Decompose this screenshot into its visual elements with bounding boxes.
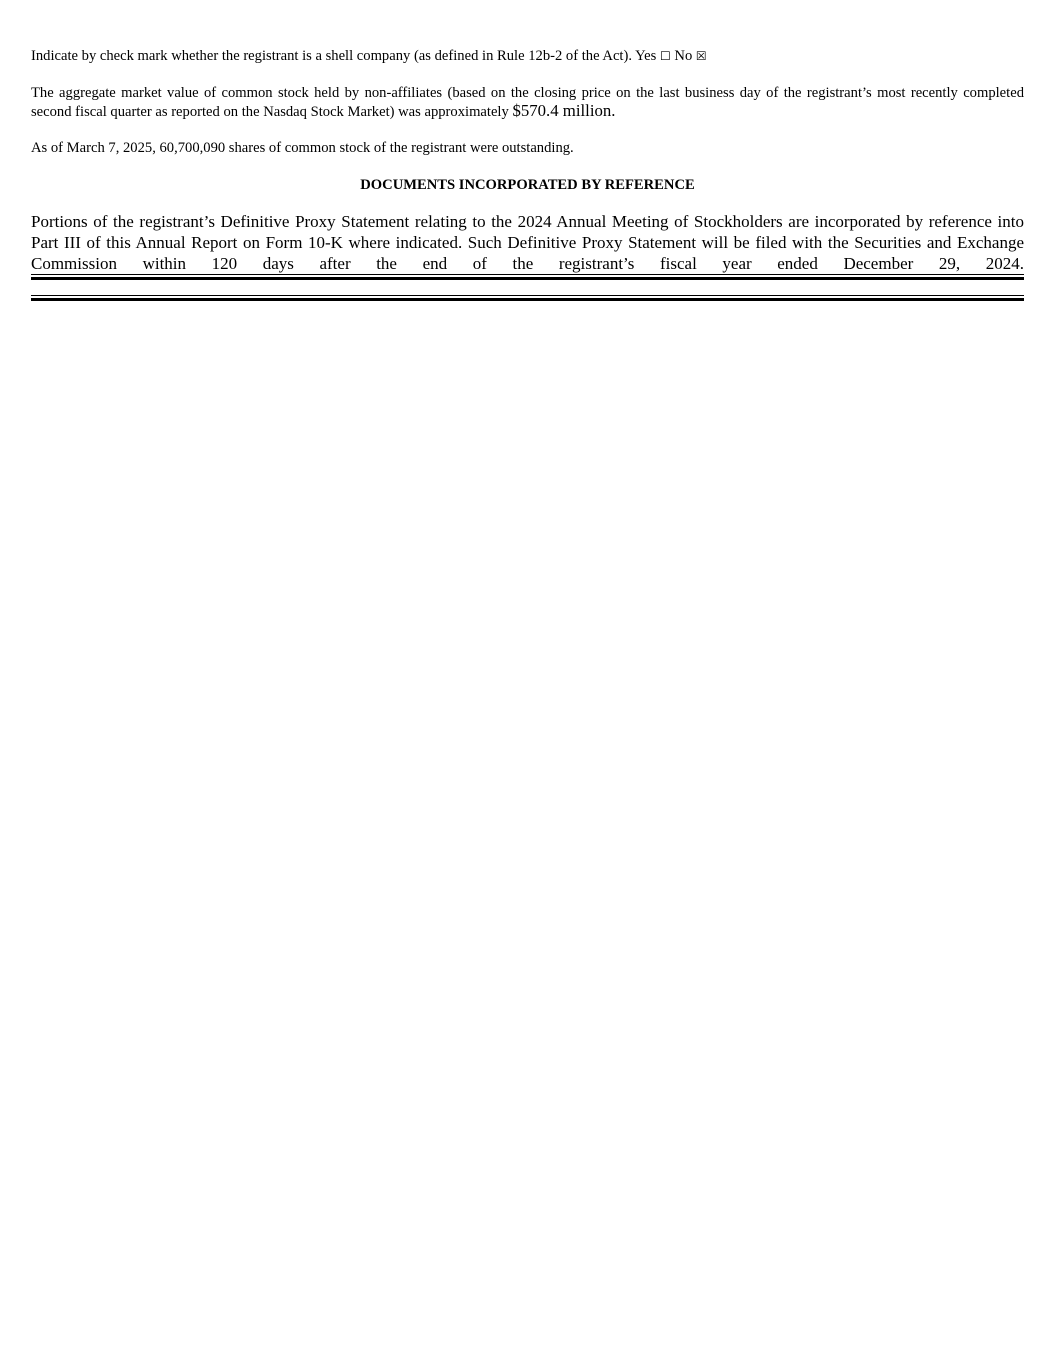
- no-label: No: [674, 48, 692, 64]
- yes-checkbox-empty-icon: ☐: [660, 47, 671, 65]
- shell-company-text: Indicate by check mark whether the regis…: [31, 48, 632, 64]
- shares-outstanding-statement: As of March 7, 2025, 60,700,090 shares o…: [31, 139, 1024, 157]
- market-value-statement: The aggregate market value of common sto…: [31, 84, 1024, 121]
- market-value-amount: $570.4 million.: [512, 101, 615, 120]
- shell-company-statement: Indicate by check mark whether the regis…: [31, 47, 1024, 65]
- double-rule-divider: [31, 274, 1024, 280]
- double-rule-divider: [31, 295, 1024, 301]
- documents-incorporated-body: Portions of the registrant’s Definitive …: [31, 211, 1024, 274]
- yes-label: Yes: [635, 48, 656, 64]
- documents-incorporated-heading: DOCUMENTS INCORPORATED BY REFERENCE: [31, 176, 1024, 194]
- no-checkbox-checked-icon: ☒: [696, 47, 707, 65]
